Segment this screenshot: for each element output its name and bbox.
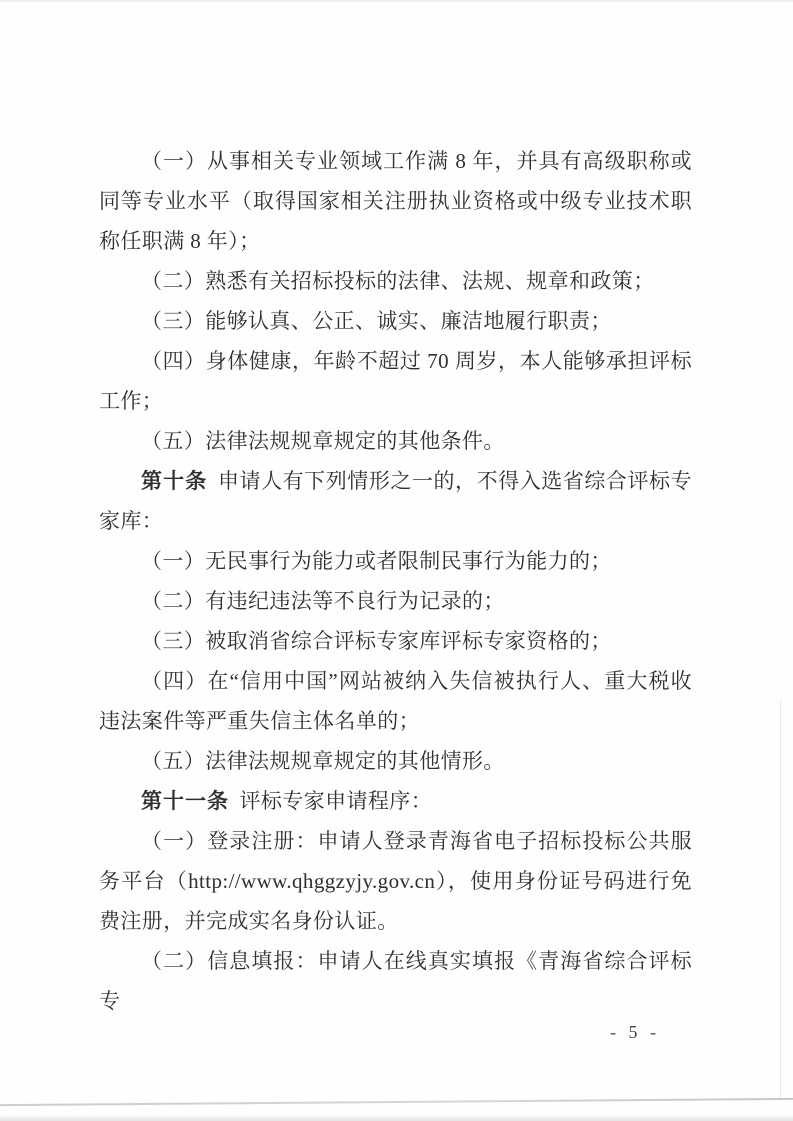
scan-right-edge <box>780 700 781 1100</box>
scan-bottom-edge <box>0 1098 793 1106</box>
paragraph: （四）在“信用中国”网站被纳入失信被执行人、重大税收违法案件等严重失信主体名单的… <box>99 661 692 741</box>
paragraph: 第十条申请人有下列情形之一的，不得入选省综合评标专家库： <box>99 461 692 541</box>
paragraph: （三）能够认真、公正、诚实、廉洁地履行职责； <box>99 301 692 341</box>
paragraph: （二）有违纪违法等不良行为记录的； <box>99 581 692 621</box>
scan-bottom-band <box>0 1114 793 1121</box>
paragraph: （一）从事相关专业领域工作满 8 年，并具有高级职称或同等专业水平（取得国家相关… <box>99 141 692 261</box>
paragraph: （二）熟悉有关招标投标的法律、法规、规章和政策； <box>99 261 692 301</box>
article-number: 第十一条 <box>141 789 229 813</box>
paragraph: （二）信息填报：申请人在线真实填报《青海省综合评标专 <box>99 941 692 1021</box>
document-page: （一）从事相关专业领域工作满 8 年，并具有高级职称或同等专业水平（取得国家相关… <box>0 0 793 1121</box>
page-number: - 5 - <box>600 1020 670 1044</box>
paragraph: 第十一条评标专家申请程序： <box>99 781 692 821</box>
paragraph: （五）法律法规规章规定的其他情形。 <box>99 741 692 781</box>
document-body: （一）从事相关专业领域工作满 8 年，并具有高级职称或同等专业水平（取得国家相关… <box>99 141 692 1021</box>
paragraph: （三）被取消省综合评标专家库评标专家资格的； <box>99 621 692 661</box>
paragraph: （五）法律法规规章规定的其他条件。 <box>99 421 692 461</box>
paragraph: （一）登录注册：申请人登录青海省电子招标投标公共服务平台（http://www.… <box>99 821 692 941</box>
paragraph: （一）无民事行为能力或者限制民事行为能力的； <box>99 541 692 581</box>
paragraph: （四）身体健康，年龄不超过 70 周岁，本人能够承担评标工作； <box>99 341 692 421</box>
article-number: 第十条 <box>141 469 207 493</box>
scan-top-edge <box>0 0 793 3</box>
